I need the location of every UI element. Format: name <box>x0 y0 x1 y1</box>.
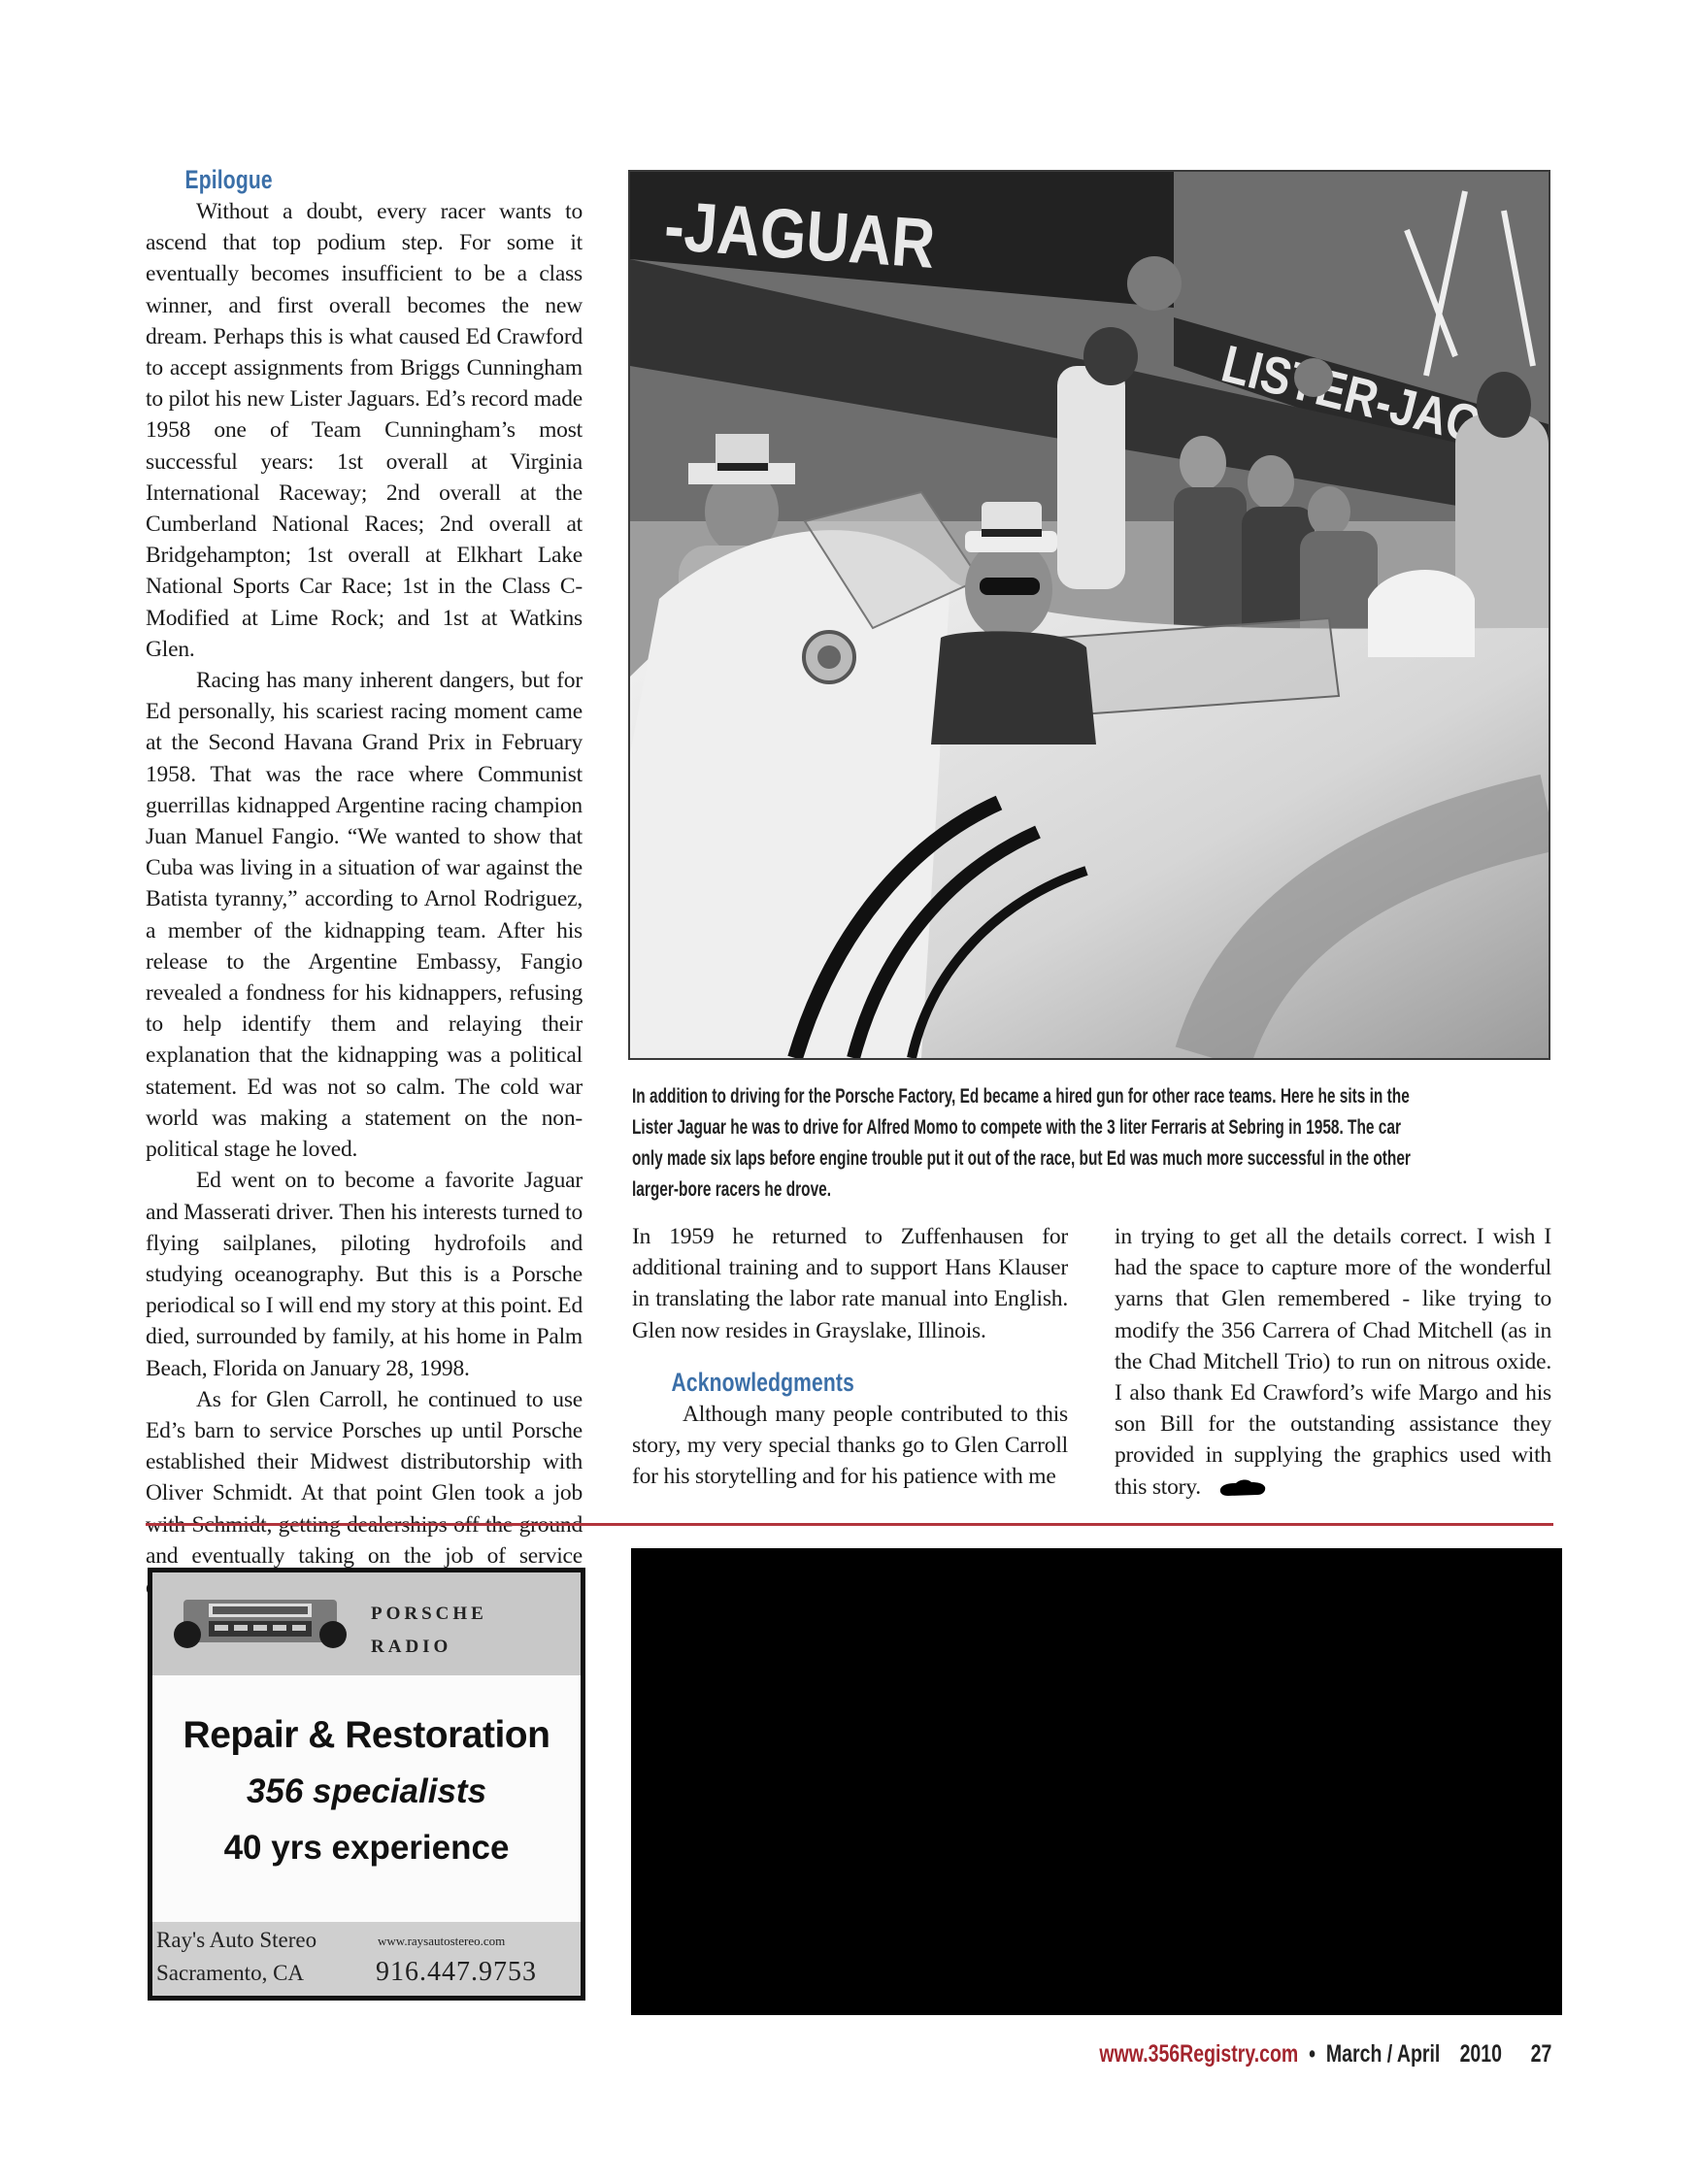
paragraph: In 1959 he returned to Zuffenhausen for … <box>632 1221 1068 1346</box>
photo-illustration: -JAGUAR LISTER-JAGU <box>630 172 1549 1058</box>
page-number: 27 <box>1530 2040 1551 2068</box>
caption-line: Lister Jaguar he was to drive for Alfred… <box>632 1112 1346 1143</box>
ad-header: PORSCHE RADIO <box>152 1572 581 1675</box>
paragraph: Racing has many inherent dangers, but fo… <box>146 665 583 1165</box>
caption-line: larger-bore racers he drove. <box>632 1175 1346 1206</box>
paragraph: Although many people contributed to this… <box>632 1399 1068 1493</box>
ad-contact: Ray's Auto Stereo Sacramento, CA www.ray… <box>152 1922 581 2001</box>
right-column: in trying to get all the details correct… <box>1115 1221 1551 1503</box>
ad-headline: Repair & Restoration <box>152 1714 581 1757</box>
ad-subline: 356 specialists <box>152 1772 581 1811</box>
car-radio-icon <box>170 1594 350 1654</box>
footer-url[interactable]: www.356Registry.com <box>1099 2040 1298 2068</box>
caption-line: only made six laps before engine trouble… <box>632 1143 1346 1175</box>
acknowledgments-heading: Acknowledgments <box>632 1366 972 1399</box>
caption-line: In addition to driving for the Porsche F… <box>632 1081 1346 1112</box>
ad-business-name: Ray's Auto Stereo <box>156 1928 316 1953</box>
page-footer: www.356Registry.com•March / April201027 <box>1099 2038 1551 2069</box>
footer-issue: March / April <box>1326 2040 1440 2068</box>
ad-brand-line: RADIO <box>371 1631 487 1664</box>
footer-year: 2010 <box>1459 2040 1501 2068</box>
epilogue-heading: Epilogue <box>146 163 486 196</box>
advertisement-rays-auto-stereo[interactable]: PORSCHE RADIO Repair & Restoration 356 s… <box>148 1568 585 2001</box>
paragraph: Without a doubt, every racer wants to as… <box>146 196 583 665</box>
ad-city: Sacramento, CA <box>156 1961 304 1986</box>
race-car-photo: -JAGUAR LISTER-JAGU <box>628 170 1550 1060</box>
paragraph: in trying to get all the details correct… <box>1115 1221 1551 1503</box>
ad-phone: 916.447.9753 <box>376 1957 537 1988</box>
footer-separator: • <box>1309 2040 1316 2068</box>
car-silhouette-icon <box>1218 1477 1267 1499</box>
left-column: Epilogue Without a doubt, every racer wa… <box>146 163 583 1603</box>
ad-body: Repair & Restoration 356 specialists 40 … <box>152 1675 581 1922</box>
ad-brand: PORSCHE RADIO <box>371 1598 487 1664</box>
ad-brand-line: PORSCHE <box>371 1598 487 1631</box>
photo-caption: In addition to driving for the Porsche F… <box>632 1081 1346 1206</box>
ad-url[interactable]: www.raysautostereo.com <box>378 1934 505 1949</box>
section-divider <box>146 1523 1553 1526</box>
ad-subline: 40 yrs experience <box>152 1829 581 1868</box>
blank-ad-space <box>631 1548 1562 2015</box>
paragraph-text: in trying to get all the details correct… <box>1115 1224 1551 1500</box>
middle-column: In 1959 he returned to Zuffenhausen for … <box>632 1221 1068 1492</box>
paragraph: Ed went on to become a favorite Jaguar a… <box>146 1165 583 1383</box>
